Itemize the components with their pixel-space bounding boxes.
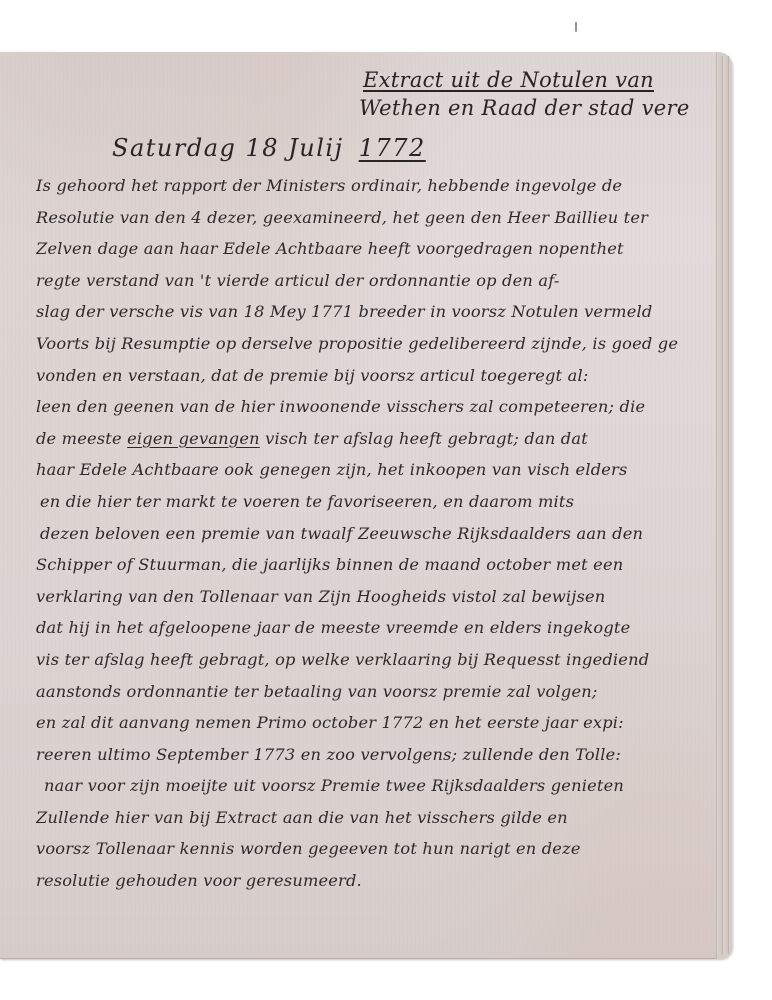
body-line: Resolutie van den 4 dezer, geexamineerd,… <box>36 202 716 234</box>
body-line: reeren ultimo September 1773 en zoo verv… <box>36 739 716 771</box>
body-line: vis ter afslag heeft gebragt, op welke v… <box>36 644 716 676</box>
header-line: Wethen en Raad der stad vere <box>355 94 715 122</box>
body-line: Zelven dage aan haar Edele Achtbaare hee… <box>36 233 716 265</box>
body-line: Is gehoord het rapport der Ministers ord… <box>36 170 716 202</box>
body-line: naar voor zijn moeijte uit voorsz Premie… <box>36 770 716 802</box>
body-line: verklaring van den Tollenaar van Zijn Ho… <box>36 581 716 613</box>
resolution-body: Is gehoord het rapport der Ministers ord… <box>36 170 716 897</box>
header-line: Extract uit de Notulen van <box>355 66 715 94</box>
date-day: Saturdag 18 Julij <box>112 134 344 162</box>
body-line: aanstonds ordonnantie ter betaaling van … <box>36 676 716 708</box>
stray-ink-mark <box>575 22 577 32</box>
body-line: resolutie gehouden voor geresumeerd. <box>36 865 716 897</box>
body-line: voorsz Tollenaar kennis worden gegeeven … <box>36 833 716 865</box>
date-year: 1772 <box>359 134 426 162</box>
body-line: en zal dit aanvang nemen Primo october 1… <box>36 707 716 739</box>
body-line: Zullende hier van bij Extract aan die va… <box>36 802 716 834</box>
page-edge <box>716 56 723 954</box>
date-heading: Saturdag 18 Julij 1772 <box>112 134 426 162</box>
body-line: Voorts bij Resumptie op derselve proposi… <box>36 328 716 360</box>
body-line: vonden en verstaan, dat de premie bij vo… <box>36 360 716 392</box>
body-line: dat hij in het afgeloopene jaar de meest… <box>36 612 716 644</box>
body-line: Schipper of Stuurman, die jaarlijks binn… <box>36 549 716 581</box>
scan-stage: Extract uit de Notulen van Wethen en Raa… <box>0 0 772 1000</box>
underlined-phrase: eigen gevangen <box>127 429 260 448</box>
body-line: dezen beloven een premie van twaalf Zeeu… <box>36 518 716 550</box>
body-line: leen den geenen van de hier inwoonende v… <box>36 391 716 423</box>
body-line: haar Edele Achtbaare ook genegen zijn, h… <box>36 454 716 486</box>
body-line: regte verstand van 't vierde articul der… <box>36 265 716 297</box>
body-line: slag der versche vis van 18 Mey 1771 bre… <box>36 296 716 328</box>
document-header: Extract uit de Notulen van Wethen en Raa… <box>355 66 715 122</box>
body-line: en die hier ter markt te voeren te favor… <box>36 486 716 518</box>
page-edge <box>722 56 729 954</box>
body-line: de meeste eigen gevangen visch ter afsla… <box>36 423 716 455</box>
